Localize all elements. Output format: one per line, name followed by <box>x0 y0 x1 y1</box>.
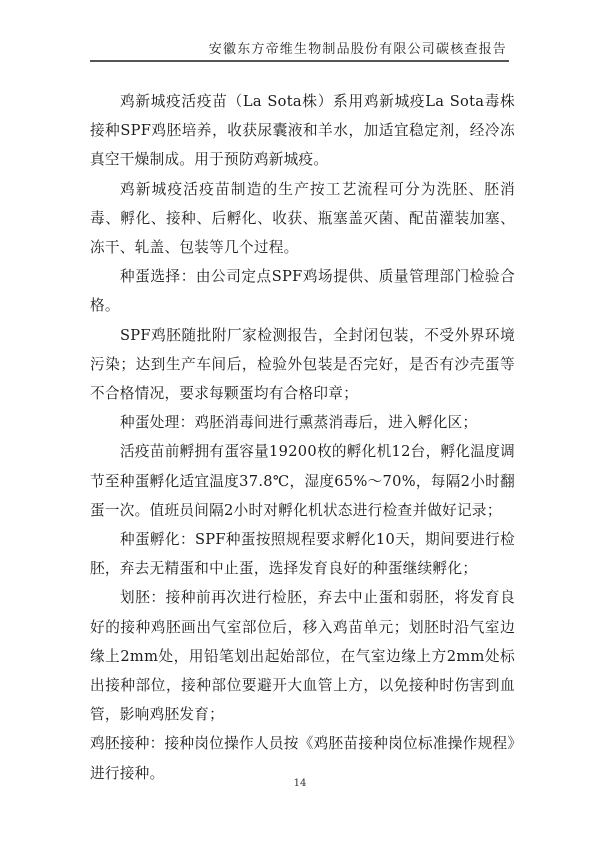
paragraph-process-overview: 鸡新城疫活疫苗制造的生产按工艺流程可分为洗胚、胚消毒、孵化、接种、后孵化、收获、… <box>90 175 515 263</box>
page-number: 14 <box>0 778 600 789</box>
paragraph-egg-selection: 种蛋选择：由公司定点SPF鸡场提供、质量管理部门检验合格。 <box>90 262 515 320</box>
document-body: 鸡新城疫活疫苗（La Sota株）系用鸡新城疫La Sota毒株接种SPF鸡胚培… <box>90 87 515 788</box>
page-header: 安徽东方帝维生物制品股份有限公司碳核查报告 <box>90 38 509 62</box>
paragraph-egg-incubation: 种蛋孵化：SPF种蛋按照规程要求孵化10天，期间要进行检胚，弃去无精蛋和中止蛋，… <box>90 525 515 583</box>
paragraph-egg-treatment: 种蛋处理：鸡胚消毒间进行熏蒸消毒后，进入孵化区； <box>90 408 515 437</box>
paragraph-spf-embryo-inspection: SPF鸡胚随批附厂家检测报告，全封闭包装，不受外界环境污染；达到生产车间后，检验… <box>90 321 515 409</box>
header-title: 安徽东方帝维生物制品股份有限公司碳核查报告 <box>209 42 509 57</box>
paragraph-embryo-marking: 划胚：接种前再次进行检胚，弃去中止蛋和弱胚，将发育良好的接种鸡胚画出气室部位后，… <box>90 583 515 729</box>
paragraph-incubation-setup: 活疫苗前孵拥有蛋容量19200枚的孵化机12台，孵化温度调节至种蛋孵化适宜温度3… <box>90 437 515 525</box>
paragraph-vaccine-description: 鸡新城疫活疫苗（La Sota株）系用鸡新城疫La Sota毒株接种SPF鸡胚培… <box>90 87 515 175</box>
